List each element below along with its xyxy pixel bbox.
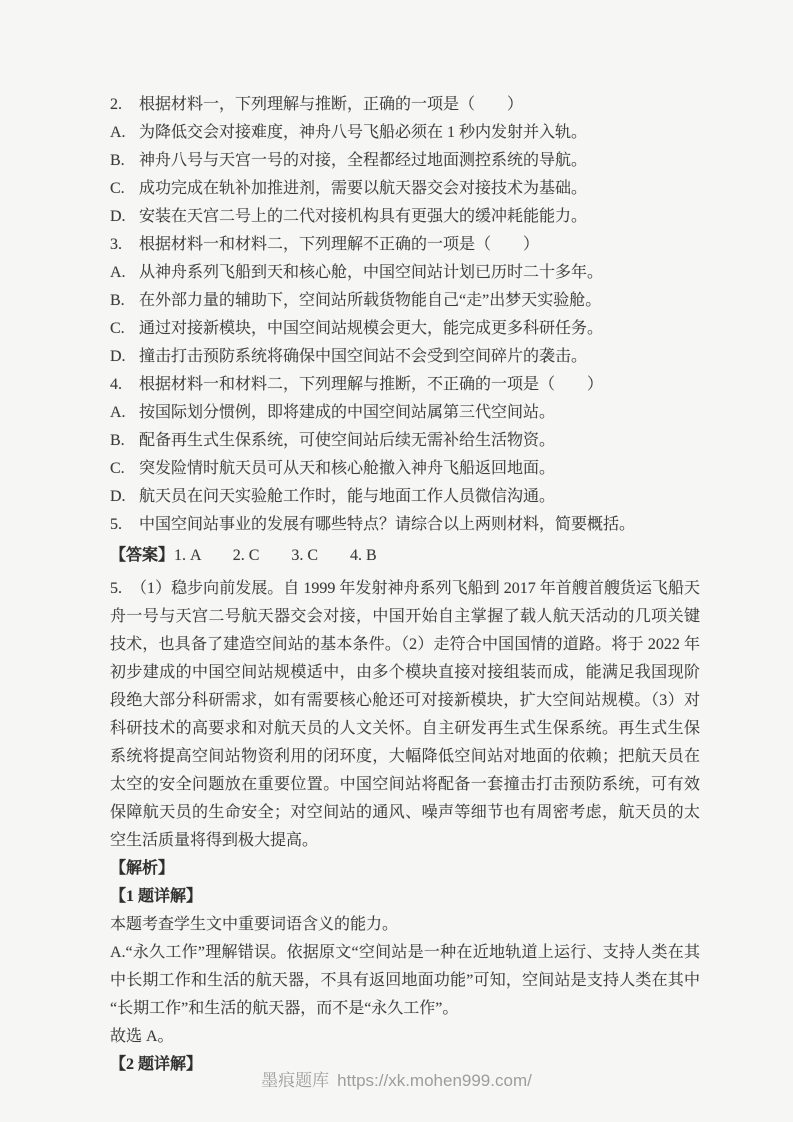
footer: 墨痕题库https://xk.mohen999.com/ <box>0 1066 793 1091</box>
option-label: A. <box>110 259 139 287</box>
answer-q5-number: 5. <box>110 580 122 597</box>
question-5-text: 中国空间站事业的发展有哪些特点？请综合以上两则材料，简要概括。 <box>139 516 635 533</box>
footer-site-link[interactable]: 墨痕题库https://xk.mohen999.com/ <box>261 1071 532 1090</box>
option-text: 航天员在问天实验舱工作时，能与地面工作人员微信沟通。 <box>139 488 555 505</box>
option-label: B. <box>110 287 139 315</box>
question-3-number: 3. <box>110 231 139 259</box>
option-text: 通过对接新模块，中国空间站规模会更大，能完成更多科研任务。 <box>139 320 603 337</box>
question-3-option-d: D.撞击打击预防系统将确保中国空间站不会受到空间碎片的袭击。 <box>110 343 700 371</box>
option-label: D. <box>110 483 139 511</box>
option-text: 从神舟系列飞船到天和核心舱，中国空间站计划已历时二十多年。 <box>139 264 603 281</box>
option-label: B. <box>110 147 139 175</box>
exam-document-page: 2.根据材料一，下列理解与推断，正确的一项是（ ） A.为降低交会对接难度，神舟… <box>0 0 793 1122</box>
option-label: A. <box>110 119 139 147</box>
footer-site-name: 墨痕题库 <box>261 1071 329 1090</box>
question-2-text: 根据材料一，下列理解与推断，正确的一项是（ ） <box>139 96 523 113</box>
question-3-option-c: C.通过对接新模块，中国空间站规模会更大，能完成更多科研任务。 <box>110 315 700 343</box>
detail-1-label: 【1 题详解】 <box>110 883 700 911</box>
question-2-option-d: D.安装在天宫二号上的二代对接机构具有更强大的缓冲耗能能力。 <box>110 203 700 231</box>
question-4-option-c: C.突发险情时航天员可从天和核心舱撤入神舟飞船返回地面。 <box>110 455 700 483</box>
question-4-text: 根据材料一和材料二，下列理解与推断，不正确的一项是（ ） <box>139 376 603 393</box>
answer-line: 【答案】1. A 2. C 3. C 4. B <box>110 542 700 570</box>
question-2-option-c: C.成功完成在轨补加推进剂，需要以航天器交会对接技术为基础。 <box>110 175 700 203</box>
footer-url: https://xk.mohen999.com/ <box>337 1071 532 1090</box>
option-text: 为降低交会对接难度，神舟八号飞船必须在 1 秒内发射并入轨。 <box>139 124 587 141</box>
answer-label: 【答案】 <box>110 547 174 564</box>
option-text: 配备再生式生保系统，可使空间站后续无需补给生活物资。 <box>139 432 555 449</box>
option-label: D. <box>110 203 139 231</box>
question-3-option-a: A.从神舟系列飞船到天和核心舱，中国空间站计划已历时二十多年。 <box>110 259 700 287</box>
question-2-number: 2. <box>110 91 139 119</box>
question-4-option-b: B.配备再生式生保系统，可使空间站后续无需补给生活物资。 <box>110 427 700 455</box>
option-text: 安装在天宫二号上的二代对接机构具有更强大的缓冲耗能能力。 <box>139 208 587 225</box>
question-3-option-b: B.在外部力量的辅助下，空间站所载货物能自己“走”出梦天实验舱。 <box>110 287 700 315</box>
option-label: C. <box>110 315 139 343</box>
option-text: 按国际划分惯例，即将建成的中国空间站属第三代空间站。 <box>139 404 555 421</box>
detail-1-conclusion: 故选 A。 <box>110 1023 700 1051</box>
option-label: C. <box>110 175 139 203</box>
question-4-option-a: A.按国际划分惯例，即将建成的中国空间站属第三代空间站。 <box>110 399 700 427</box>
question-5-number: 5. <box>110 511 139 539</box>
detail-1-intro: 本题考查学生文中重要词语含义的能力。 <box>110 911 700 939</box>
exam-content: 2.根据材料一，下列理解与推断，正确的一项是（ ） A.为降低交会对接难度，神舟… <box>110 91 700 1079</box>
question-2-stem: 2.根据材料一，下列理解与推断，正确的一项是（ ） <box>110 91 700 119</box>
question-5-answer-paragraph: 5.（1）稳步向前发展。自 1999 年发射神舟系列飞船到 2017 年首艘首艘… <box>110 575 700 855</box>
detail-1-body: A.“永久工作”理解错误。依据原文“空间站是一种在近地轨道上运行、支持人类在其中… <box>110 939 700 1023</box>
option-text: 突发险情时航天员可从天和核心舱撤入神舟飞船返回地面。 <box>139 460 555 477</box>
option-label: B. <box>110 427 139 455</box>
question-4-number: 4. <box>110 371 139 399</box>
question-3-stem: 3.根据材料一和材料二，下列理解不正确的一项是（ ） <box>110 231 700 259</box>
option-text: 神舟八号与天宫一号的对接，全程都经过地面测控系统的导航。 <box>139 152 587 169</box>
answer-q5-text: （1）稳步向前发展。自 1999 年发射神舟系列飞船到 2017 年首艘首艘货运… <box>110 580 700 849</box>
option-label: A. <box>110 399 139 427</box>
option-label: D. <box>110 343 139 371</box>
question-4-stem: 4.根据材料一和材料二，下列理解与推断，不正确的一项是（ ） <box>110 371 700 399</box>
analysis-label: 【解析】 <box>110 855 700 883</box>
question-2-option-b: B.神舟八号与天宫一号的对接，全程都经过地面测控系统的导航。 <box>110 147 700 175</box>
option-text: 在外部力量的辅助下，空间站所载货物能自己“走”出梦天实验舱。 <box>139 292 601 309</box>
option-label: C. <box>110 455 139 483</box>
question-2-option-a: A.为降低交会对接难度，神舟八号飞船必须在 1 秒内发射并入轨。 <box>110 119 700 147</box>
choice-answers: 1. A 2. C 3. C 4. B <box>174 547 377 564</box>
question-4-option-d: D.航天员在问天实验舱工作时，能与地面工作人员微信沟通。 <box>110 483 700 511</box>
option-text: 成功完成在轨补加推进剂，需要以航天器交会对接技术为基础。 <box>139 180 587 197</box>
question-3-text: 根据材料一和材料二，下列理解不正确的一项是（ ） <box>139 236 539 253</box>
question-5-stem: 5.中国空间站事业的发展有哪些特点？请综合以上两则材料，简要概括。 <box>110 511 700 539</box>
option-text: 撞击打击预防系统将确保中国空间站不会受到空间碎片的袭击。 <box>139 348 587 365</box>
